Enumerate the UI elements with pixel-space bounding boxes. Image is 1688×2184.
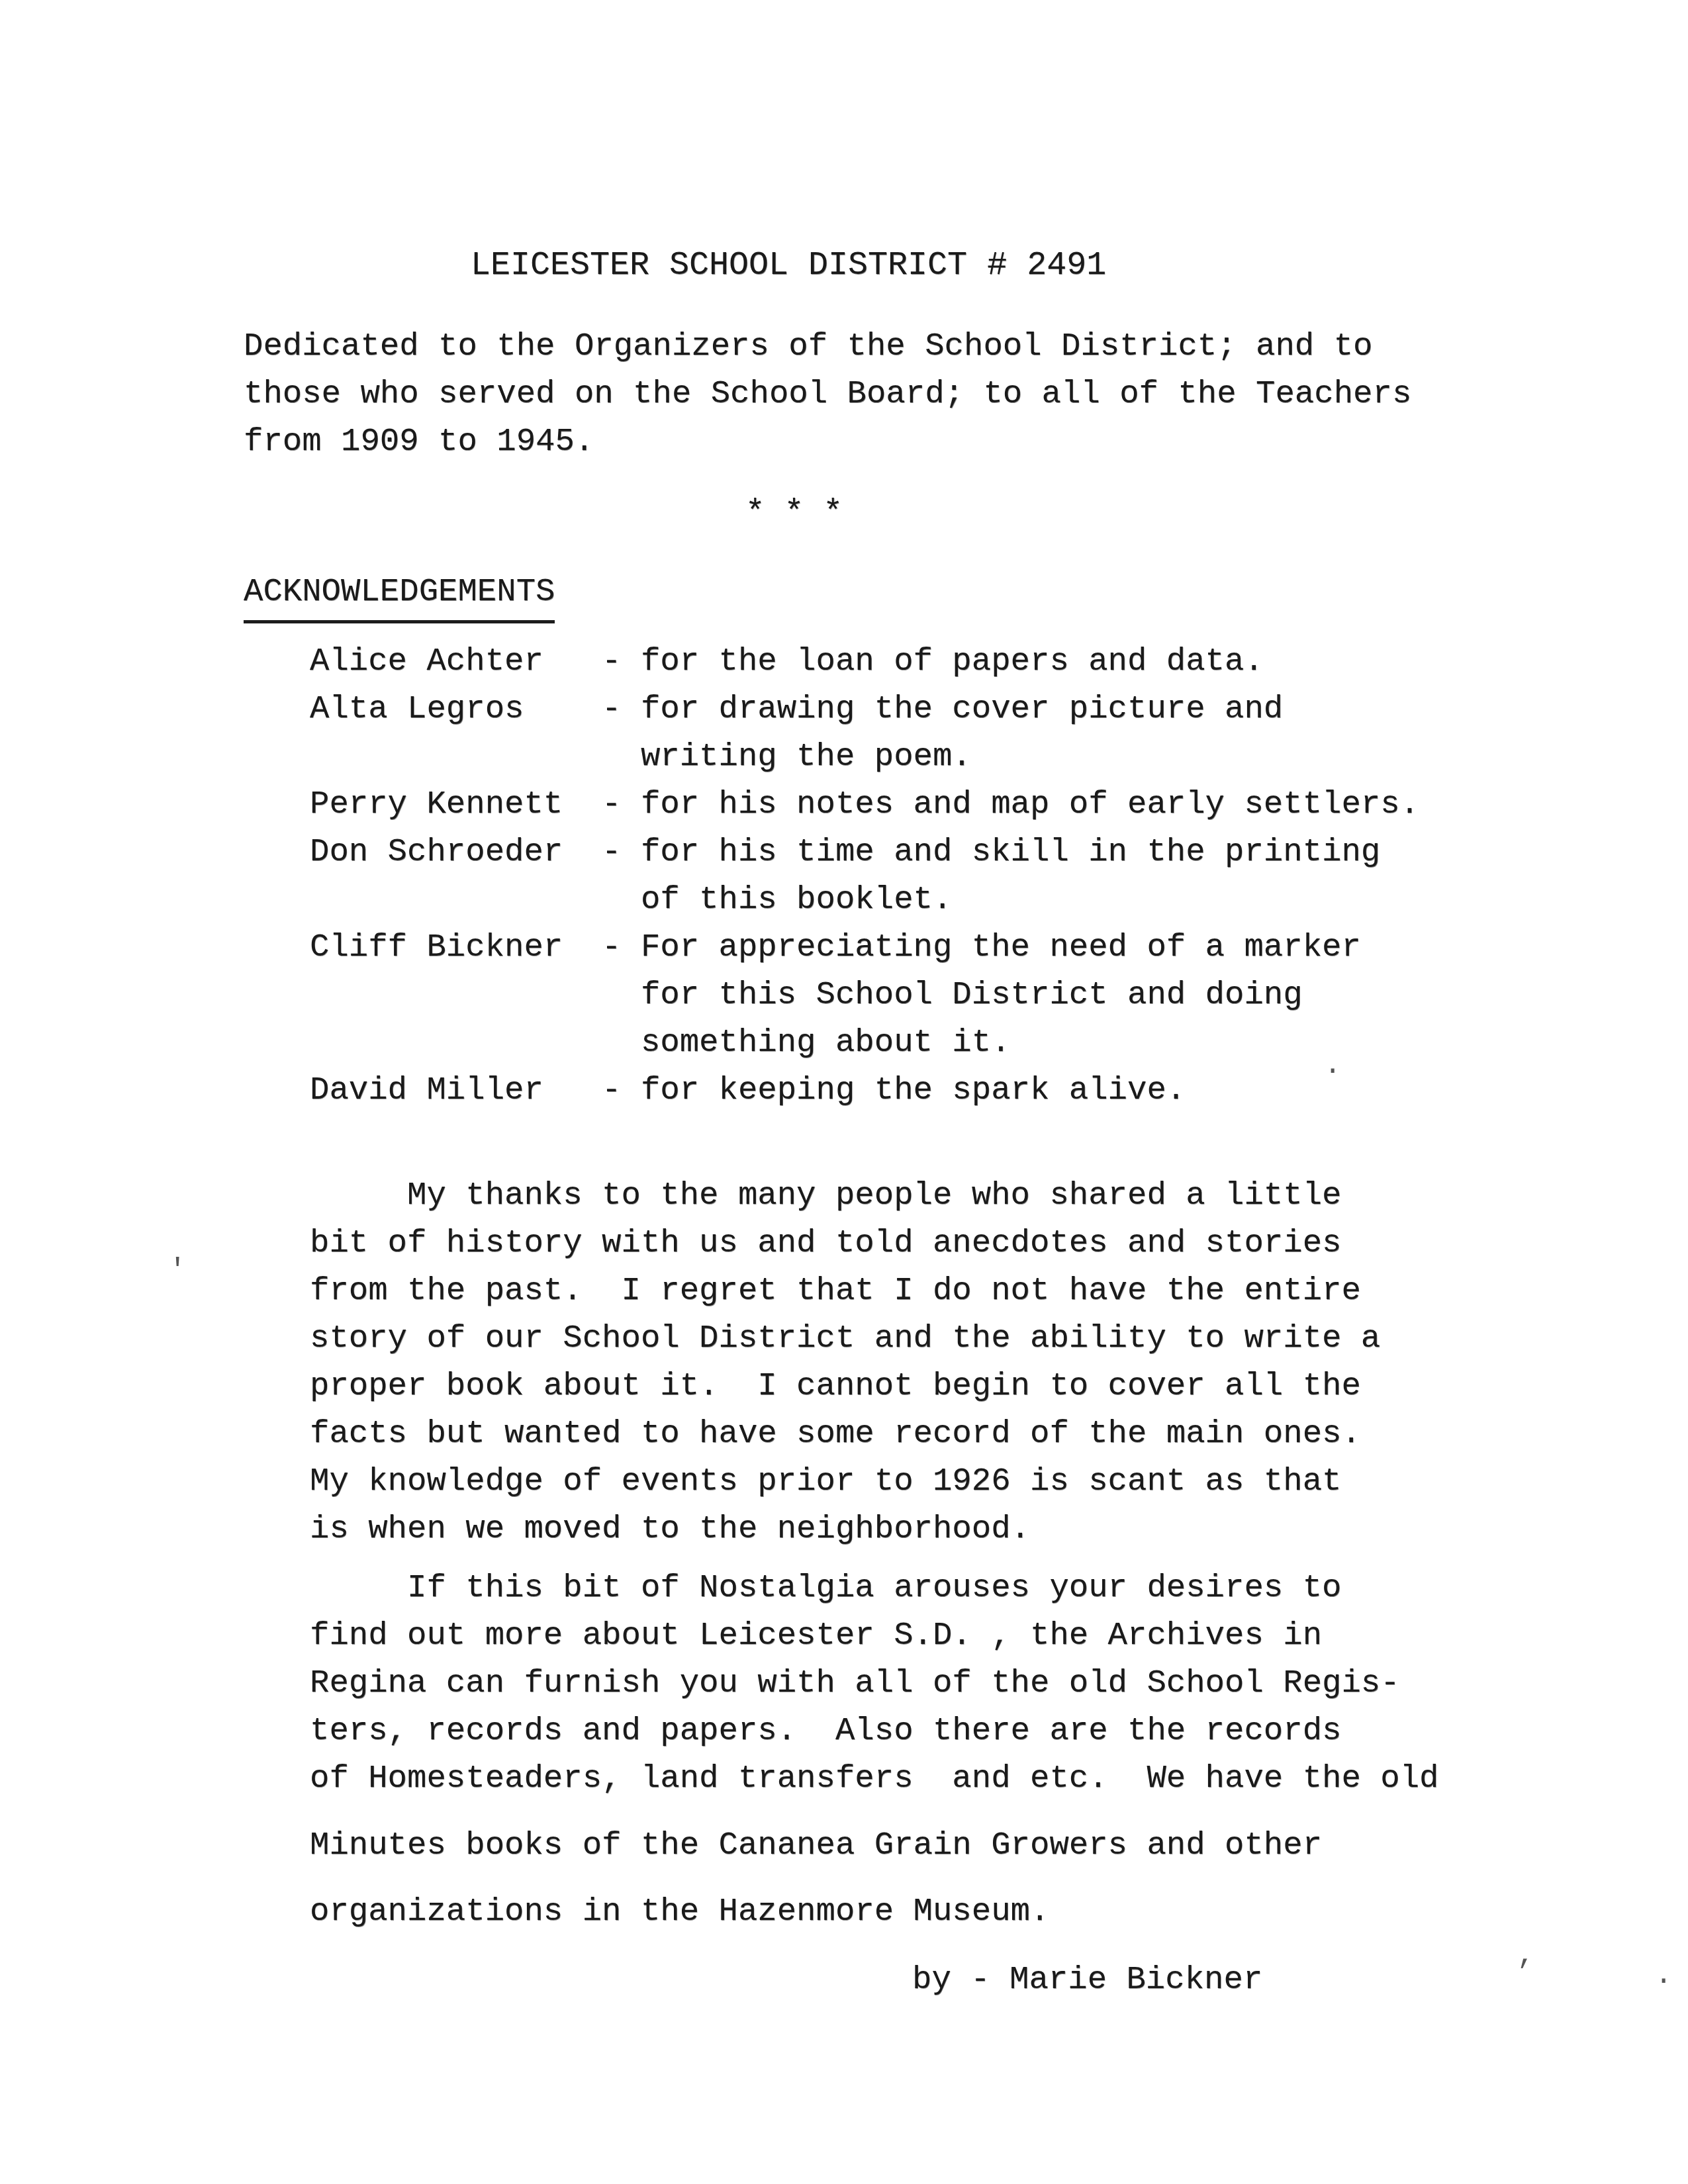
dedication-line: from 1909 to 1945.: [244, 418, 1411, 465]
page-title: LEICESTER SCHOOL DISTRICT # 2491: [471, 246, 1106, 286]
closing-line-2-text: organizations in the Hazenmore Museum.: [310, 1888, 1049, 1935]
ack-line: David Miller - for keeping the spark ali…: [310, 1066, 1419, 1114]
paragraph-1-line: My thanks to the many people who shared …: [310, 1171, 1380, 1219]
byline-text: by - Marie Bickner: [912, 1956, 1262, 2003]
ack-line: Alice Achter - for the loan of papers an…: [310, 637, 1419, 685]
paragraph-1-line: proper book about it. I cannot begin to …: [310, 1362, 1380, 1410]
scan-artifact-dot: .: [1655, 1959, 1672, 1992]
paragraph-1-line: from the past. I regret that I do not ha…: [310, 1267, 1380, 1314]
paragraph-2-line: ters, records and papers. Also there are…: [310, 1707, 1438, 1754]
paragraph-2: If this bit of Nostalgia arouses your de…: [310, 1564, 1438, 1802]
ack-line: writing the poem.: [310, 733, 1419, 780]
paragraph-2-line: If this bit of Nostalgia arouses your de…: [310, 1564, 1438, 1612]
closing-line-1-text: Minutes books of the Cananea Grain Growe…: [310, 1821, 1322, 1869]
dedication-line: Dedicated to the Organizers of the Schoo…: [244, 322, 1411, 370]
dedication: Dedicated to the Organizers of the Schoo…: [244, 322, 1411, 465]
paragraph-1-line: bit of history with us and told anecdote…: [310, 1219, 1380, 1267]
paragraph-1-line: story of our School District and the abi…: [310, 1314, 1380, 1362]
paragraph-1-line: is when we moved to the neighborhood.: [310, 1505, 1380, 1553]
paragraph-2-line: find out more about Leicester S.D. , the…: [310, 1612, 1438, 1659]
scan-artifact-dot: .: [1324, 1049, 1341, 1082]
acknowledgements-heading-text: ACKNOWLEDGEMENTS: [244, 568, 555, 623]
scanned-document-page: LEICESTER SCHOOL DISTRICT # 2491 Dedicat…: [0, 0, 1688, 2184]
closing-line-2: organizations in the Hazenmore Museum.: [310, 1888, 1049, 1935]
paragraph-2-line: of Homesteaders, land transfers and etc.…: [310, 1754, 1438, 1802]
acknowledgements-heading: ACKNOWLEDGEMENTS: [244, 568, 555, 623]
closing-line-1: Minutes books of the Cananea Grain Growe…: [310, 1821, 1322, 1869]
ack-line: Cliff Bickner - For appreciating the nee…: [310, 923, 1419, 971]
scan-artifact-comma: ,: [1517, 1939, 1534, 1972]
ack-line: Perry Kennett - for his notes and map of…: [310, 780, 1419, 828]
ack-line: Don Schroeder - for his time and skill i…: [310, 828, 1419, 876]
separator-stars: * * *: [745, 488, 843, 536]
dedication-line: those who served on the School Board; to…: [244, 370, 1411, 418]
page-title-text: LEICESTER SCHOOL DISTRICT # 2491: [471, 246, 1106, 286]
acknowledgements-list: Alice Achter - for the loan of papers an…: [310, 637, 1419, 1114]
paragraph-1-line: facts but wanted to have some record of …: [310, 1410, 1380, 1457]
scan-artifact-apostrophe: ': [169, 1254, 186, 1287]
ack-line: of this booklet.: [310, 876, 1419, 923]
ack-line: Alta Legros - for drawing the cover pict…: [310, 685, 1419, 733]
byline: by - Marie Bickner: [912, 1956, 1262, 2003]
paragraph-2-line: Regina can furnish you with all of the o…: [310, 1659, 1438, 1707]
separator-stars-text: * * *: [745, 488, 843, 536]
ack-line: something about it.: [310, 1019, 1419, 1066]
paragraph-1-line: My knowledge of events prior to 1926 is …: [310, 1457, 1380, 1505]
paragraph-1: My thanks to the many people who shared …: [310, 1171, 1380, 1553]
ack-line: for this School District and doing: [310, 971, 1419, 1019]
